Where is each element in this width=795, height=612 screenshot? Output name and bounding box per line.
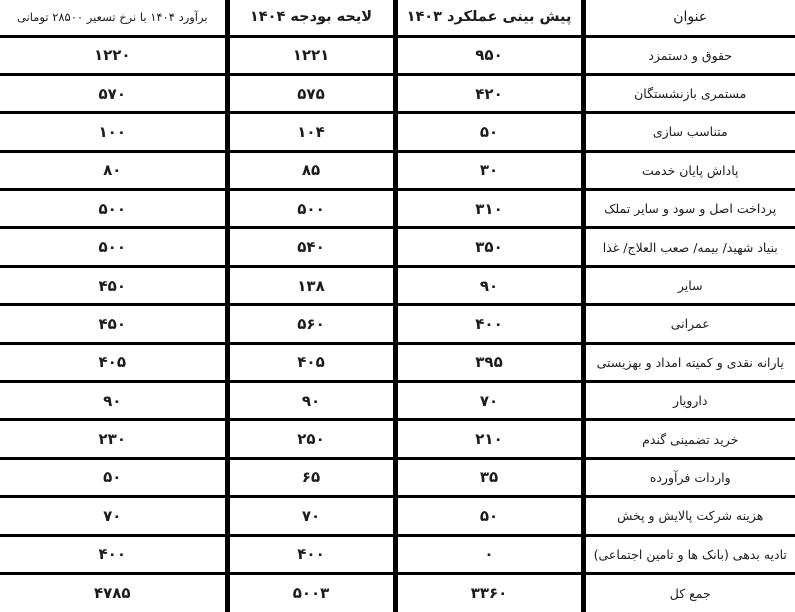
table-row: بنیاد شهید/ بیمه/ صعب العلاج/ غذا۳۵۰۵۴۰۵… (0, 228, 795, 266)
row-label-cell: حقوق و دستمزد (583, 36, 795, 74)
perf-1403-cell: ۵۰ (395, 113, 583, 151)
bill-1404-cell: ۱۲۲۱ (227, 36, 395, 74)
perf-1403-cell: ۴۰۰ (395, 305, 583, 343)
estimate-1404-cell: ۴۰۰ (0, 535, 227, 573)
table-row: عمرانی۴۰۰۵۶۰۴۵۰ (0, 305, 795, 343)
estimate-1404-cell: ۵۰۰ (0, 190, 227, 228)
row-label-cell: بنیاد شهید/ بیمه/ صعب العلاج/ غذا (583, 228, 795, 266)
bill-1404-cell: ۷۰ (227, 497, 395, 535)
estimate-1404-cell: ۷۰ (0, 497, 227, 535)
estimate-1404-cell: ۱۰۰ (0, 113, 227, 151)
column-header-bill-1404: لایحه بودجه ۱۴۰۴ (227, 0, 395, 36)
budget-table: عنوان پیش بینی عملکرد ۱۴۰۳ لایحه بودجه ۱… (0, 0, 795, 612)
row-label-cell: عمرانی (583, 305, 795, 343)
bill-1404-cell: ۶۵ (227, 458, 395, 496)
table-row: واردات فرآورده۳۵۶۵۵۰ (0, 458, 795, 496)
bill-1404-cell: ۴۰۵ (227, 343, 395, 381)
perf-1403-cell: ۴۲۰ (395, 74, 583, 112)
table-row: مستمری بازنشستگان۴۲۰۵۷۵۵۷۰ (0, 74, 795, 112)
perf-1403-cell: ۳۵۰ (395, 228, 583, 266)
table-row: پاداش پایان خدمت۳۰۸۵۸۰ (0, 151, 795, 189)
bill-1404-cell: ۵۷۵ (227, 74, 395, 112)
bill-1404-cell: ۱۳۸ (227, 266, 395, 304)
estimate-1404-cell: ۵۰۰ (0, 228, 227, 266)
row-label-cell: مستمری بازنشستگان (583, 74, 795, 112)
total-row: جمع کل۳۳۶۰۵۰۰۳۴۷۸۵ (0, 573, 795, 612)
perf-1403-cell: ۷۰ (395, 382, 583, 420)
bill-1404-cell: ۸۵ (227, 151, 395, 189)
estimate-1404-cell: ۱۲۲۰ (0, 36, 227, 74)
row-label-cell: سایر (583, 266, 795, 304)
row-label-cell: دارویار (583, 382, 795, 420)
estimate-1404-cell: ۴۵۰ (0, 305, 227, 343)
row-label-cell: واردات فرآورده (583, 458, 795, 496)
perf-1403-cell: ۳۰ (395, 151, 583, 189)
perf-1403-cell: ۵۰ (395, 497, 583, 535)
estimate-1404-cell: ۲۳۰ (0, 420, 227, 458)
row-label-cell: هزینه شرکت پالایش و پخش (583, 497, 795, 535)
total-perf-1403-cell: ۳۳۶۰ (395, 573, 583, 612)
column-header-title: عنوان (583, 0, 795, 36)
bill-1404-cell: ۵۰۰ (227, 190, 395, 228)
table-row: پرداخت اصل و سود و سایر تملک۳۱۰۵۰۰۵۰۰ (0, 190, 795, 228)
estimate-1404-cell: ۴۰۵ (0, 343, 227, 381)
estimate-1404-cell: ۵۰ (0, 458, 227, 496)
estimate-1404-cell: ۵۷۰ (0, 74, 227, 112)
perf-1403-cell: ۳۹۵ (395, 343, 583, 381)
perf-1403-cell: ۳۱۰ (395, 190, 583, 228)
bill-1404-cell: ۵۴۰ (227, 228, 395, 266)
table-row: دارویار۷۰۹۰۹۰ (0, 382, 795, 420)
estimate-1404-cell: ۴۵۰ (0, 266, 227, 304)
perf-1403-cell: ۳۵ (395, 458, 583, 496)
header-row: عنوان پیش بینی عملکرد ۱۴۰۳ لایحه بودجه ۱… (0, 0, 795, 36)
table-row: تادیه بدهی (بانک ها و تامین اجتماعی)۰۴۰۰… (0, 535, 795, 573)
row-label-cell: خرید تضمینی گندم (583, 420, 795, 458)
table-row: یارانه نقدی و کمیته امداد و بهزیستی۳۹۵۴۰… (0, 343, 795, 381)
row-label-cell: تادیه بدهی (بانک ها و تامین اجتماعی) (583, 535, 795, 573)
table-row: خرید تضمینی گندم۲۱۰۲۵۰۲۳۰ (0, 420, 795, 458)
perf-1403-cell: ۹۰ (395, 266, 583, 304)
column-header-estimate-1404: برآورد ۱۴۰۴ با نرخ تسعیر ۲۸۵۰۰ تومانی (0, 0, 227, 36)
column-header-perf-1403: پیش بینی عملکرد ۱۴۰۳ (395, 0, 583, 36)
bill-1404-cell: ۱۰۴ (227, 113, 395, 151)
total-row-label-cell: جمع کل (583, 573, 795, 612)
perf-1403-cell: ۹۵۰ (395, 36, 583, 74)
total-bill-1404-cell: ۵۰۰۳ (227, 573, 395, 612)
table-row: سایر۹۰۱۳۸۴۵۰ (0, 266, 795, 304)
budget-table-page: عنوان پیش بینی عملکرد ۱۴۰۳ لایحه بودجه ۱… (0, 0, 795, 612)
table-row: متناسب سازی۵۰۱۰۴۱۰۰ (0, 113, 795, 151)
table-row: حقوق و دستمزد۹۵۰۱۲۲۱۱۲۲۰ (0, 36, 795, 74)
row-label-cell: پرداخت اصل و سود و سایر تملک (583, 190, 795, 228)
bill-1404-cell: ۲۵۰ (227, 420, 395, 458)
perf-1403-cell: ۲۱۰ (395, 420, 583, 458)
table-row: هزینه شرکت پالایش و پخش۵۰۷۰۷۰ (0, 497, 795, 535)
perf-1403-cell: ۰ (395, 535, 583, 573)
estimate-1404-cell: ۸۰ (0, 151, 227, 189)
table-body: حقوق و دستمزد۹۵۰۱۲۲۱۱۲۲۰مستمری بازنشستگا… (0, 36, 795, 612)
bill-1404-cell: ۵۶۰ (227, 305, 395, 343)
total-estimate-1404-cell: ۴۷۸۵ (0, 573, 227, 612)
row-label-cell: یارانه نقدی و کمیته امداد و بهزیستی (583, 343, 795, 381)
row-label-cell: متناسب سازی (583, 113, 795, 151)
bill-1404-cell: ۴۰۰ (227, 535, 395, 573)
estimate-1404-cell: ۹۰ (0, 382, 227, 420)
bill-1404-cell: ۹۰ (227, 382, 395, 420)
row-label-cell: پاداش پایان خدمت (583, 151, 795, 189)
